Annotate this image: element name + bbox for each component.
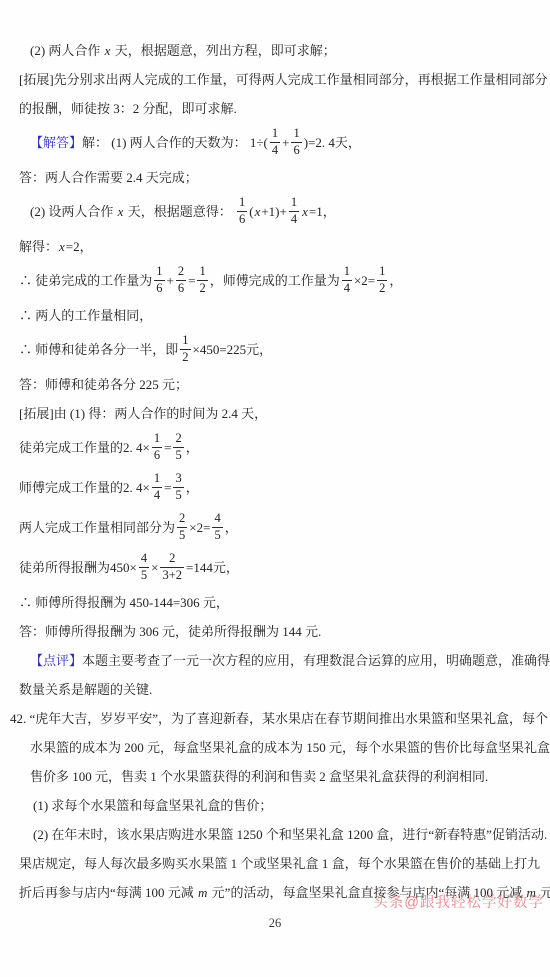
text-run: (2) 两人合作 (30, 43, 104, 58)
fraction-denominator: 3+2 (160, 568, 184, 582)
text-run: +1)+ (261, 204, 287, 219)
fraction: 16 (291, 127, 301, 156)
fraction-numerator: 1 (154, 265, 164, 280)
text-run: 42. “虎年大吉，岁岁平安”，为了喜迎新春，某水果店在春节期间推出水果篮和坚果… (10, 711, 548, 726)
equal-work: ∴ 两人的工作量相同， (0, 301, 550, 330)
fraction: 16 (237, 196, 247, 225)
fraction-denominator: 5 (173, 448, 183, 462)
fraction-denominator: 6 (176, 281, 186, 295)
fraction-denominator: 2 (197, 281, 207, 295)
fraction-denominator: 6 (237, 212, 247, 226)
text-run: × (151, 560, 158, 575)
text-run: 的报酬，师徒按 3：2 分配，即可求解. (19, 101, 237, 116)
fraction-numerator: 1 (270, 127, 280, 142)
text-run: = (188, 273, 195, 288)
text-run: 徒弟所得报酬为450× (19, 560, 137, 575)
fraction-numerator: 1 (152, 472, 162, 487)
fraction-denominator: 5 (212, 528, 222, 542)
text-run: 水果篮的成本为 200 元，每盒坚果礼盒的成本为 150 元，每个水果篮的售价比… (30, 740, 550, 755)
fraction-numerator: 1 (291, 127, 301, 142)
text-run: ， (186, 480, 199, 495)
section-tag: 【点评】 (30, 653, 82, 668)
expand-hint-1: [拓展]先分别求出两人完成的工作量，可得两人完成工作量相同部分，再根据工作量相同… (0, 65, 550, 94)
expand-hint-2: 的报酬，师徒按 3：2 分配，即可求解. (0, 94, 550, 123)
text-run: ∴ 徒弟完成的工作量为 (19, 273, 152, 288)
text-run: 果店规定，每人每次最多购买水果篮 1 个或坚果礼盒 1 盒，每个水果篮在售价的基… (19, 856, 540, 871)
document-content: (2) 两人合作 x 天，根据题意，列出方程，即可求解；[拓展]先分别求出两人完… (0, 0, 550, 907)
text-run: 天，根据题意，列出方程，即可求解； (111, 43, 335, 58)
expand-from-1: [拓展]由 (1) 得：两人合作的时间为 2.4 天， (0, 399, 550, 428)
fraction-numerator: 1 (342, 265, 352, 280)
answer-2-conclusion: 答：师傅和徒弟各分 225 元； (0, 370, 550, 399)
fraction: 14 (289, 196, 299, 225)
text-run: )=2. 4天， (304, 135, 361, 150)
fraction: 45 (139, 552, 149, 581)
fraction-numerator: 1 (197, 265, 207, 280)
text-run: + (167, 273, 174, 288)
text-run: ×2= (354, 273, 375, 288)
fraction-numerator: 2 (160, 552, 184, 567)
fraction-numerator: 1 (237, 196, 247, 211)
same-portion: 两人完成工作量相同部分为25×2=45， (0, 508, 550, 548)
answer-3-conclusion: 答：师傅所得报酬为 306 元，徒弟所得报酬为 144 元. (0, 617, 550, 646)
fraction: 12 (377, 265, 387, 294)
text-run: (2) 设两人合作 (30, 204, 117, 219)
document-page: (2) 两人合作 x 天，根据题意，列出方程，即可求解；[拓展]先分别求出两人完… (0, 0, 550, 977)
fraction-denominator: 5 (139, 568, 149, 582)
problem42-line-1: 42. “虎年大吉，岁岁平安”，为了喜迎新春，某水果店在春节期间推出水果篮和坚果… (0, 704, 550, 733)
fraction-numerator: 1 (152, 432, 162, 447)
text-run: (1) 求每个水果篮和每盒坚果礼盒的售价； (33, 798, 272, 813)
fraction-numerator: 2 (173, 432, 183, 447)
apprentice-pay: 徒弟所得报酬为450×45×23+2=144元， (0, 548, 550, 588)
answer-step-1: 【解答】解： (1) 两人合作的天数为： 1÷(14+16)=2. 4天， (0, 123, 550, 163)
fraction: 14 (342, 265, 352, 294)
text-run: [拓展]先分别求出两人完成的工作量，可得两人完成工作量相同部分，再根据工作量相同… (19, 72, 548, 87)
text-run: + (282, 135, 289, 150)
text-run: ( (249, 204, 253, 219)
watermark: 头条@跟我轻松学好数学 (373, 891, 544, 912)
text-run: ∴ 师傅和徒弟各分一半，即 (19, 342, 178, 357)
fraction: 14 (270, 127, 280, 156)
text-run: 答：师傅所得报酬为 306 元，徒弟所得报酬为 144 元. (19, 624, 321, 639)
fraction: 23+2 (160, 552, 184, 581)
text-run: ×450=225元， (193, 342, 273, 357)
text-run: =144元， (186, 560, 239, 575)
answer-1-conclusion: 答：两人合作需要 2.4 天完成； (0, 163, 550, 192)
fraction-numerator: 4 (139, 552, 149, 567)
fraction: 14 (152, 472, 162, 501)
fraction-denominator: 5 (173, 488, 183, 502)
text-run: =2， (66, 239, 93, 254)
apprentice-work: ∴ 徒弟完成的工作量为16+26=12，师傅完成的工作量为14×2=12， (0, 261, 550, 301)
problem42-line-3: 售价多 100 元，售卖 1 个水果篮获得的利润和售卖 2 盒坚果礼盒获得的利润… (0, 762, 550, 791)
text-run: 天，根据题意得： (124, 204, 235, 219)
text-run: 解： (1) 两人合作的天数为： 1÷( (82, 135, 268, 150)
problem42-q1: (1) 求每个水果篮和每盒坚果礼盒的售价； (0, 791, 550, 820)
page-number: 26 (0, 916, 550, 931)
analysis-part2: (2) 两人合作 x 天，根据题意，列出方程，即可求解； (0, 36, 550, 65)
text-run: 本题主要考查了一元一次方程的应用，有理数混合运算的应用，明确题意，准确得到 (82, 653, 550, 668)
fraction-numerator: 1 (180, 334, 190, 349)
fraction-denominator: 6 (291, 143, 301, 157)
fraction: 35 (173, 472, 183, 501)
split-half: ∴ 师傅和徒弟各分一半，即12×450=225元， (0, 330, 550, 370)
math-variable: x (58, 239, 66, 254)
solve-result: 解得：x=2， (0, 232, 550, 261)
text-run: 数量关系是解题的关键. (19, 682, 152, 697)
text-run: ， (225, 520, 238, 535)
fraction-denominator: 6 (154, 281, 164, 295)
problem42-q2-line-2: 果店规定，每人每次最多购买水果篮 1 个或坚果礼盒 1 盒，每个水果篮在售价的基… (0, 849, 550, 878)
text-run: ∴ 两人的工作量相同， (19, 308, 152, 323)
text-run: = (164, 480, 171, 495)
fraction: 26 (176, 265, 186, 294)
master-pay: ∴ 师傅所得报酬为 450-144=306 元， (0, 588, 550, 617)
answer-step-2: (2) 设两人合作 x 天，根据题意得： 16(x+1)+14x=1， (0, 192, 550, 232)
problem42-q2-line-1: (2) 在年末时，该水果店购进水果篮 1250 个和坚果礼盒 1200 盒，进行… (0, 820, 550, 849)
text-run: [拓展]由 (1) 得：两人合作的时间为 2.4 天， (19, 406, 267, 421)
fraction-denominator: 4 (152, 488, 162, 502)
text-run: 师傅完成工作量的2. 4× (19, 480, 150, 495)
text-run: ，师傅完成的工作量为 (210, 273, 340, 288)
text-run: ×2= (189, 520, 210, 535)
fraction-denominator: 6 (152, 448, 162, 462)
text-run: 答：师傅和徒弟各分 225 元； (19, 377, 188, 392)
fraction-numerator: 1 (289, 196, 299, 211)
fraction: 12 (180, 334, 190, 363)
master-portion: 师傅完成工作量的2. 4×14=35， (0, 468, 550, 508)
fraction-denominator: 4 (289, 212, 299, 226)
text-run: ， (186, 440, 199, 455)
fraction-denominator: 4 (270, 143, 280, 157)
fraction-denominator: 2 (377, 281, 387, 295)
text-run: ， (389, 273, 402, 288)
text-run: (2) 在年末时，该水果店购进水果篮 1250 个和坚果礼盒 1200 盒，进行… (33, 827, 550, 842)
fraction-denominator: 4 (342, 281, 352, 295)
fraction-numerator: 2 (176, 265, 186, 280)
fraction: 12 (197, 265, 207, 294)
math-variable: m (197, 885, 208, 900)
problem42-line-2: 水果篮的成本为 200 元，每盒坚果礼盒的成本为 150 元，每个水果篮的售价比… (0, 733, 550, 762)
fraction: 25 (173, 432, 183, 461)
fraction-numerator: 4 (212, 512, 222, 527)
fraction: 16 (154, 265, 164, 294)
section-tag: 【解答】 (30, 135, 82, 150)
fraction: 25 (177, 512, 187, 541)
text-run: ∴ 师傅所得报酬为 450-144=306 元， (19, 595, 229, 610)
fraction-denominator: 2 (180, 350, 190, 364)
text-run: 答：两人合作需要 2.4 天完成； (19, 170, 198, 185)
fraction: 45 (212, 512, 222, 541)
comment-line-2: 数量关系是解题的关键. (0, 675, 550, 704)
fraction-denominator: 5 (177, 528, 187, 542)
text-run: 两人完成工作量相同部分为 (19, 520, 175, 535)
fraction-numerator: 3 (173, 472, 183, 487)
text-run: 徒弟完成工作量的2. 4× (19, 440, 150, 455)
text-run: =1， (309, 204, 336, 219)
apprentice-portion: 徒弟完成工作量的2. 4×16=25， (0, 428, 550, 468)
comment-line-1: 【点评】本题主要考查了一元一次方程的应用，有理数混合运算的应用，明确题意，准确得… (0, 646, 550, 675)
math-variable: x (301, 204, 309, 219)
text-run: 解得： (19, 239, 58, 254)
fraction: 16 (152, 432, 162, 461)
fraction-numerator: 1 (377, 265, 387, 280)
text-run: = (164, 440, 171, 455)
text-run: 售价多 100 元，售卖 1 个水果篮获得的利润和售卖 2 盒坚果礼盒获得的利润… (30, 769, 488, 784)
text-run: 折后再参与店内“每满 100 元减 (19, 885, 197, 900)
fraction-numerator: 2 (177, 512, 187, 527)
